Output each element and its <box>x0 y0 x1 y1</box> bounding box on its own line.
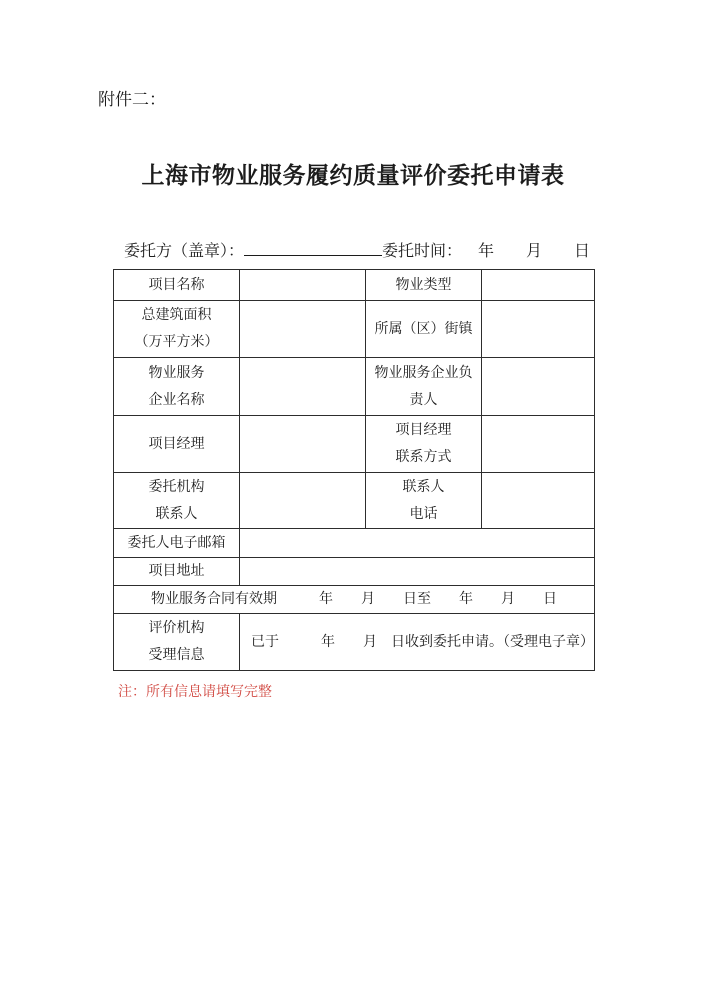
entrust-line: 委托方（盖章）： 委托时间： 年 月 日 <box>124 241 590 262</box>
value-client-org-contact[interactable] <box>240 473 366 529</box>
value-property-company-head[interactable] <box>482 358 595 416</box>
label-project-name: 项目名称 <box>114 270 240 301</box>
table-row-project-name: 项目名称 物业类型 <box>114 270 595 301</box>
table-row-acceptance-info: 评价机构 受理信息 已于 年 月 日收到委托申请。（受理电子章） <box>114 614 595 671</box>
table-row-client-contact: 委托机构 联系人 联系人 电话 <box>114 473 595 529</box>
document-title: 上海市物业服务履约质量评价委托申请表 <box>0 161 706 189</box>
value-project-manager[interactable] <box>240 416 366 473</box>
value-project-name[interactable] <box>240 270 366 301</box>
label-evaluation-agency-acceptance: 评价机构 受理信息 <box>114 614 240 671</box>
table-row-project-address: 项目地址 <box>114 558 595 586</box>
fill-in-note: 注：所有信息请填写完整 <box>118 684 272 702</box>
table-row-project-manager: 项目经理 项目经理 联系方式 <box>114 416 595 473</box>
attachment-label: 附件二： <box>98 90 166 110</box>
label-project-manager-contact: 项目经理 联系方式 <box>366 416 482 473</box>
label-property-company-head: 物业服务企业负 责人 <box>366 358 482 416</box>
table-row-floor-area: 总建筑面积 （万平方米） 所属（区）街镇 <box>114 301 595 358</box>
label-client-email: 委托人电子邮箱 <box>114 529 240 558</box>
table-row-client-email: 委托人电子邮箱 <box>114 529 595 558</box>
label-contact-phone: 联系人 电话 <box>366 473 482 529</box>
application-form-table: 项目名称 物业类型 总建筑面积 （万平方米） 所属（区）街镇 物业服务 企业名称… <box>113 269 595 671</box>
client-name-blank[interactable] <box>244 241 382 256</box>
table-row-contract-validity: 物业服务合同有效期 年 月 日至 年 月 日 <box>114 586 595 614</box>
value-acceptance-statement: 已于 年 月 日收到委托申请。（受理电子章） <box>240 614 595 671</box>
value-project-manager-contact[interactable] <box>482 416 595 473</box>
value-district-street[interactable] <box>482 301 595 358</box>
value-client-email[interactable] <box>240 529 595 558</box>
label-client-org-contact: 委托机构 联系人 <box>114 473 240 529</box>
label-project-manager: 项目经理 <box>114 416 240 473</box>
value-gross-floor-area[interactable] <box>240 301 366 358</box>
value-contact-phone[interactable] <box>482 473 595 529</box>
value-property-company-name[interactable] <box>240 358 366 416</box>
label-property-type: 物业类型 <box>366 270 482 301</box>
label-gross-floor-area: 总建筑面积 （万平方米） <box>114 301 240 358</box>
value-project-address[interactable] <box>240 558 595 586</box>
label-project-address: 项目地址 <box>114 558 240 586</box>
value-property-type[interactable] <box>482 270 595 301</box>
entrust-time-label: 委托时间： <box>382 241 462 262</box>
contract-validity-text: 物业服务合同有效期 年 月 日至 年 月 日 <box>114 586 595 614</box>
table-row-company: 物业服务 企业名称 物业服务企业负 责人 <box>114 358 595 416</box>
entrust-time-value: 年 月 日 <box>462 241 590 262</box>
client-seal-label: 委托方（盖章）： <box>124 241 244 262</box>
label-property-company-name: 物业服务 企业名称 <box>114 358 240 416</box>
document-page: 附件二： 上海市物业服务履约质量评价委托申请表 委托方（盖章）： 委托时间： 年… <box>0 0 706 1000</box>
label-district-street: 所属（区）街镇 <box>366 301 482 358</box>
